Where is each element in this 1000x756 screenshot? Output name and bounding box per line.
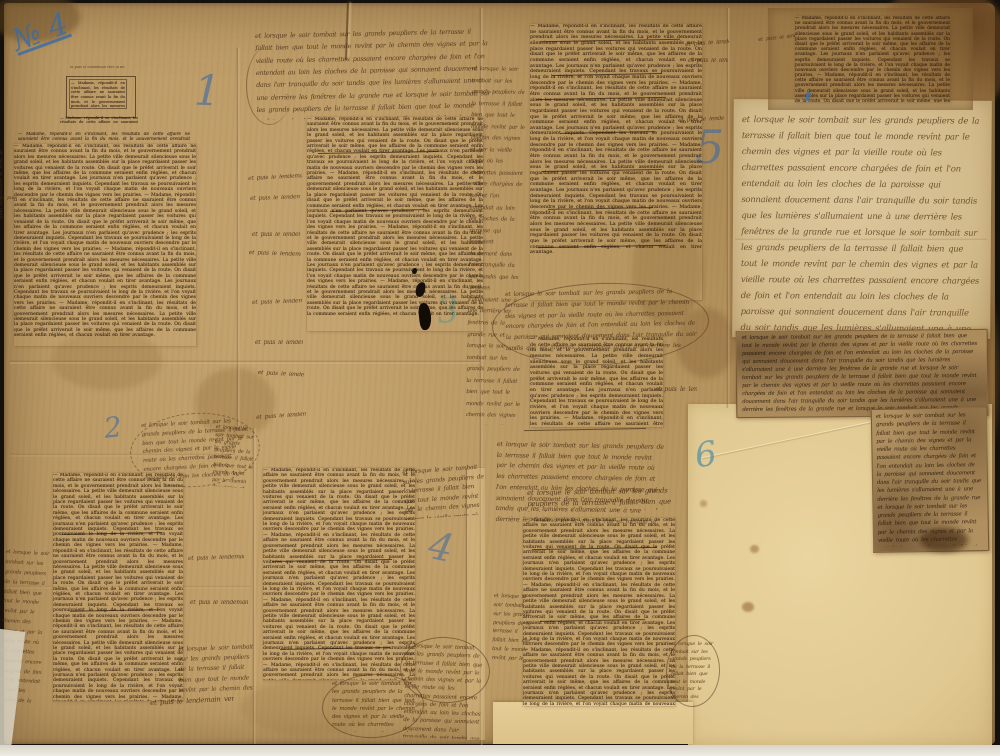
masthead-box: — Madame, répondit-il en s'inclinant, le… bbox=[66, 76, 136, 118]
masthead-sub-line: — Madame, répondit-il en s'inclinant, le… bbox=[60, 116, 138, 123]
print-paragraph-center: — Madame, répondit-il en s'inclinant, le… bbox=[530, 337, 663, 427]
masthead-text: — Madame, répondit-il en s'inclinant, le… bbox=[70, 80, 126, 109]
dark-fragment-column-script: et lorsque le soir tombait sur les grand… bbox=[876, 411, 982, 547]
margin-column-g-left: et lorsque le soir tombait sur les grand… bbox=[491, 592, 531, 665]
print-column-d: — Madame, répondit-il en s'inclinant, le… bbox=[795, 16, 950, 102]
fold-crease-vertical-1 bbox=[236, 48, 240, 426]
dark-fragment-band-script: et lorsque le soir tombait sur les grand… bbox=[742, 333, 981, 413]
masthead-top-rule: et puis le lendemain vers la fin de la m… bbox=[70, 66, 125, 72]
cream-sheet-handwriting: et lorsque le soir tombait sur les grand… bbox=[740, 112, 984, 332]
margin-note-avril: et puis le lendemain vers la fin de la m… bbox=[655, 386, 697, 396]
fold-crease-vertical-3 bbox=[726, 8, 730, 408]
margin-column-c-left: et lorsque le soir tombait sur les grand… bbox=[466, 64, 526, 425]
circled-note-g: et lorsque le soir tombait sur les grand… bbox=[671, 641, 715, 699]
left-margin-vertical-note: et puis le lendemain vers la fin de la m… bbox=[0, 150, 2, 220]
manuscript-photo: et puis le lendemain vers la fin de la m… bbox=[0, 0, 1000, 756]
margin-note-c-right-2: et puis le lendemain vers la fin de la m… bbox=[688, 58, 728, 67]
photo-backing-bottom bbox=[0, 745, 1000, 756]
fold-crease-vertical-1b bbox=[252, 428, 256, 744]
margin-note-ab-3: et puis le lendemain vers la fin de la m… bbox=[252, 232, 300, 241]
circled-blob-f2: et lorsque le soir tombait sur les grand… bbox=[403, 642, 484, 740]
print-column-a: — Madame, répondit-il en s'inclinant, le… bbox=[14, 144, 196, 346]
margin-note-e-right-2: et puis le lendemain vers la fin de la m… bbox=[190, 600, 248, 609]
blank-sheet-spot-1 bbox=[742, 602, 754, 612]
page-numeral-2: 2 bbox=[103, 413, 124, 443]
dark-fragment-band: et lorsque le soir tombait sur les grand… bbox=[736, 329, 989, 418]
margin-note-ab-4: et puis le lendemain vers la fin de la m… bbox=[249, 250, 301, 261]
handwriting-cloud-top: et lorsque le soir tombait sur les grand… bbox=[255, 25, 492, 120]
blank-sheet-spot-3 bbox=[700, 500, 707, 507]
margin-notes-e-right: et lorsque le soir tombait sur les grand… bbox=[178, 642, 256, 693]
margin-note-ab-6: et puis le lendemain vers la fin de la m… bbox=[255, 340, 303, 349]
margin-note-ab-5: et puis le lendemain vers la fin de la m… bbox=[252, 298, 302, 309]
dark-fragment-bottom-smudge bbox=[920, 528, 968, 552]
print-column-b: — Madame, répondit-il en s'inclinant, le… bbox=[307, 117, 483, 331]
blank-sheet-spot-2 bbox=[750, 545, 759, 553]
page-numeral-6: 6 bbox=[693, 437, 719, 474]
handwriting-below-center: et lorsque le soir tombait sur les grand… bbox=[495, 440, 664, 529]
fold-crease-horizontal-1 bbox=[10, 360, 480, 364]
handwriting-f-top-right: et lorsque le soir tombait sur les grand… bbox=[402, 462, 487, 520]
dateline: — Madame, répondit-il en s'inclinant, le… bbox=[18, 132, 190, 140]
handwriting-above-g: et lorsque le soir tombait sur les grand… bbox=[527, 485, 685, 512]
masthead-box-inner: — Madame, répondit-il en s'inclinant, le… bbox=[69, 79, 127, 109]
print-column-e: — Madame, répondit-il en s'inclinant, le… bbox=[53, 473, 183, 701]
margin-note-ab-2: et puis le lendemain vers la fin de la m… bbox=[250, 194, 300, 205]
blank-cream-sheet-tongue bbox=[493, 702, 693, 744]
left-margin-note-2: et puis le lendemain vers la fin de la m… bbox=[0, 196, 18, 205]
page-numeral-1: 1 bbox=[193, 70, 221, 113]
print-column-c: — Madame, répondit-il en s'inclinant, le… bbox=[530, 24, 702, 300]
handwriting-cloud-bl-right: et lorsque le soir tombait sur les grand… bbox=[212, 424, 256, 489]
